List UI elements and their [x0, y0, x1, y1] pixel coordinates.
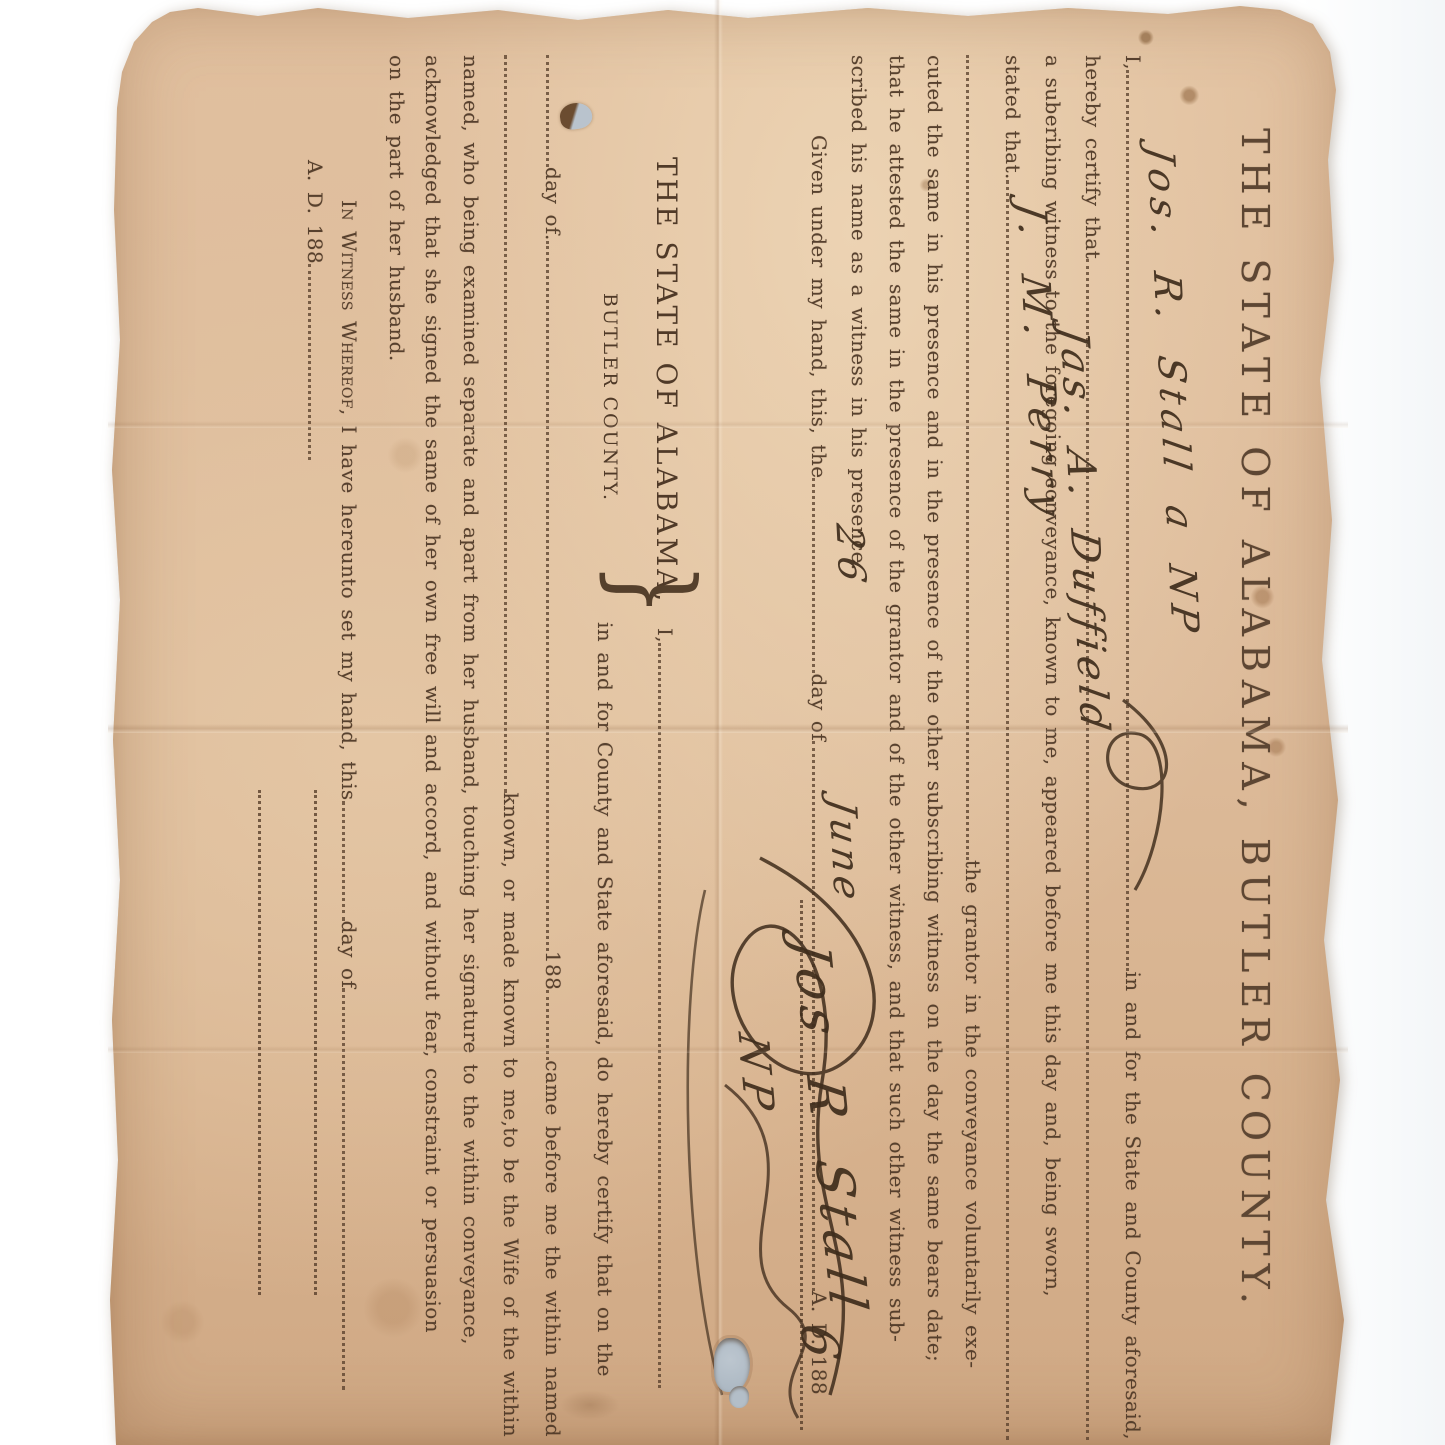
section2-heading-county: BUTLER COUNTY.: [599, 293, 621, 502]
s1-line1-prefix: I,: [1121, 55, 1145, 70]
dotted-leader: [342, 988, 345, 1390]
section2-heading-state: THE STATE OF ALABAMA,: [650, 157, 683, 604]
s1-line6-text: cuted the same in his presence and in th…: [923, 55, 947, 1362]
dotted-leader: [342, 801, 345, 921]
s2-line2-text: in and for County and State aforesaid, d…: [593, 622, 617, 1377]
dotted-leader: [504, 55, 507, 793]
s1-line8: scribed his name as a witness in his pre…: [847, 55, 871, 571]
s1-line9-mid: day of: [807, 673, 831, 741]
dotted-leader: [308, 264, 311, 460]
s1-line6: cuted the same in his presence and in th…: [923, 55, 947, 1362]
s2-line8: In Witness Whereof, I have hereunto set …: [337, 200, 361, 1390]
s1-line1-suffix: in and for the State and County aforesai…: [1121, 971, 1145, 1440]
document-photo: THE STATE OF ALABAMA, BUTLER COUNTY. I, …: [0, 0, 1445, 1445]
s2-line8-smallcaps: In Witness Whereof,: [337, 200, 361, 416]
s1-line5-text: the grantor in the conveyance voluntaril…: [961, 860, 985, 1368]
s2-line3-came: came before me the within named: [541, 1060, 565, 1437]
s2-line2: in and for County and State aforesaid, d…: [593, 622, 617, 1377]
section1-title: THE STATE OF ALABAMA, BUTLER COUNTY.: [1233, 55, 1277, 1385]
s2-line9: A. D. 188: [303, 160, 327, 460]
s2-line5-text: named, who being examined separate and a…: [459, 55, 483, 1345]
s2-line6-text: acknowledged that she signed the same of…: [421, 55, 445, 1333]
dotted-leader: [546, 55, 549, 167]
s2-line4: known, or made known to me,to be the Wif…: [499, 55, 523, 1437]
s2-line3: day of. 188 came before me the within na…: [541, 55, 565, 1437]
signature-flourish-icon: [675, 830, 910, 1440]
s1-line2-prefix: hereby certify that: [1081, 55, 1105, 259]
document-text-layer: THE STATE OF ALABAMA, BUTLER COUNTY. I, …: [0, 0, 1445, 1445]
s2-line9-prefix: A. D. 188: [303, 160, 327, 264]
heading-brace: }: [591, 562, 716, 617]
s2-line7: on the part of her husband.: [385, 55, 409, 362]
s2-line3-188: 188: [541, 951, 565, 990]
s2-line1: I,: [653, 628, 677, 1388]
s2-line3-dayof: day of.: [541, 167, 565, 241]
s2-line1-prefix: I,: [653, 628, 677, 643]
dotted-leader: [658, 643, 661, 1388]
s2-line6: acknowledged that she signed the same of…: [421, 55, 445, 1333]
s1-line4-prefix: stated that.: [1001, 55, 1025, 180]
s1-line8-text: scribed his name as a witness in his pre…: [847, 55, 871, 571]
dotted-leader: [546, 241, 549, 951]
handwritten-officer-name: Jos. R. Stall a NP: [1138, 144, 1207, 640]
dotted-leader: [812, 478, 815, 673]
s2-line4-text: known, or made known to me,to be the Wif…: [499, 793, 523, 1437]
s1-line9-prefix: Given under my hand, this, the: [807, 135, 831, 478]
dotted-leader: [1006, 180, 1009, 1440]
dotted-leader: [966, 55, 969, 860]
s2-signature-line-1: [314, 790, 317, 1295]
s2-line8-rest: I have hereunto set my hand, this: [337, 426, 361, 801]
s2-line7-text: on the part of her husband.: [385, 55, 409, 362]
s2-line5: named, who being examined separate and a…: [459, 55, 483, 1345]
s1-line5: the grantor in the conveyance voluntaril…: [961, 55, 985, 1440]
s2-signature-line-2: [258, 790, 261, 1295]
handwritten-day: 26: [827, 521, 874, 593]
s2-line8-mid: day of: [337, 921, 361, 989]
handwritten-signature-suffix: NP: [729, 1030, 785, 1120]
dotted-leader: [546, 990, 549, 1060]
